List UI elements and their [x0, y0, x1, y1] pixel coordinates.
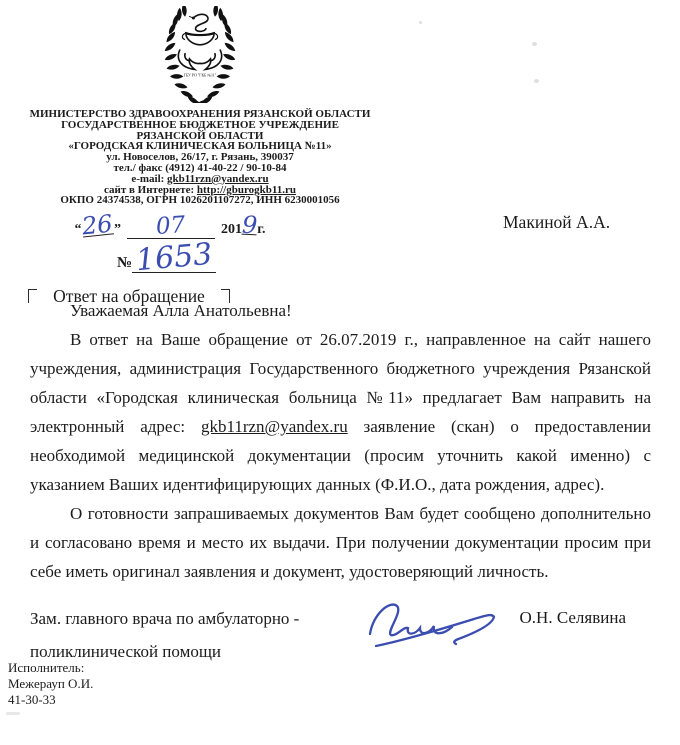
- year-suffix: г.: [257, 222, 265, 238]
- executor-phone: 41-30-33: [8, 692, 93, 708]
- hands-icon: [178, 50, 221, 69]
- close-quote: ”: [114, 222, 121, 238]
- printed-year: 201: [221, 222, 242, 238]
- letterhead-codes: ОКПО 24374538, ОГРН 1026201107272, ИНН 6…: [14, 195, 386, 206]
- month-blank: 07: [127, 217, 215, 239]
- scan-noise: [534, 79, 539, 83]
- scan-noise: [532, 42, 537, 46]
- executor-label: Исполнитель:: [8, 660, 93, 676]
- reference-number-line: №1653: [14, 249, 386, 283]
- signer-name: О.Н. Селявина: [520, 602, 651, 628]
- salutation: Уважаемая Алла Анатольевна!: [30, 296, 651, 325]
- signer-position: Зам. главного врача по амбулаторно - пол…: [30, 602, 335, 668]
- executor-block: Исполнитель: Межерауп О.И. 41-30-33: [8, 660, 93, 708]
- hygieia-cup-snake-icon: [182, 14, 217, 44]
- laurel-branch-left: [164, 6, 201, 103]
- scanned-letter-page: ГБУ РО "ГКБ №11" МИНИСТЕРСТВО ЗДРАВООХРА…: [0, 0, 680, 745]
- number-label: №: [117, 255, 132, 271]
- executor-name: Межерауп О.И.: [8, 676, 93, 692]
- number-blank: 1653: [132, 249, 216, 273]
- handwritten-day: 26: [81, 214, 114, 238]
- paragraph-2: О готовности запрашиваемых документов Ва…: [30, 499, 651, 586]
- handwritten-number: 1653: [135, 246, 213, 271]
- handwritten-signature: [360, 594, 510, 652]
- letterhead-line: ГОСУДАРСТВЕННОЕ БЮДЖЕТНОЕ УЧРЕЖДЕНИЕ: [14, 120, 386, 131]
- letter-body: Уважаемая Алла Анатольевна! В ответ на В…: [30, 296, 651, 586]
- emblem-caption: ГБУ РО "ГКБ №11": [184, 74, 217, 78]
- handwritten-year-digit: 9: [241, 216, 257, 236]
- open-quote: “: [74, 222, 81, 238]
- hospital-emblem-logo: ГБУ РО "ГКБ №11": [156, 6, 244, 103]
- signature-block: Зам. главного врача по амбулаторно - пол…: [30, 602, 651, 668]
- scan-noise: [6, 712, 20, 715]
- paragraph-1: В ответ на Ваше обращение от 26.07.2019 …: [30, 325, 651, 499]
- body-email-link: gkb11rzn@yandex.ru: [201, 417, 348, 436]
- signer-position-line1: Зам. главного врача по амбулаторно -: [30, 602, 335, 635]
- recipient-name: Макиной А.А.: [503, 212, 610, 233]
- handwritten-month: 07: [156, 216, 186, 236]
- letterhead-block: ГБУ РО "ГКБ №11" МИНИСТЕРСТВО ЗДРАВООХРА…: [14, 6, 386, 307]
- laurel-branch-right: [200, 6, 237, 103]
- letterhead-text: МИНИСТЕРСТВО ЗДРАВООХРАНЕНИЯ РЯЗАНСКОЙ О…: [14, 109, 386, 206]
- scan-noise: [419, 21, 422, 24]
